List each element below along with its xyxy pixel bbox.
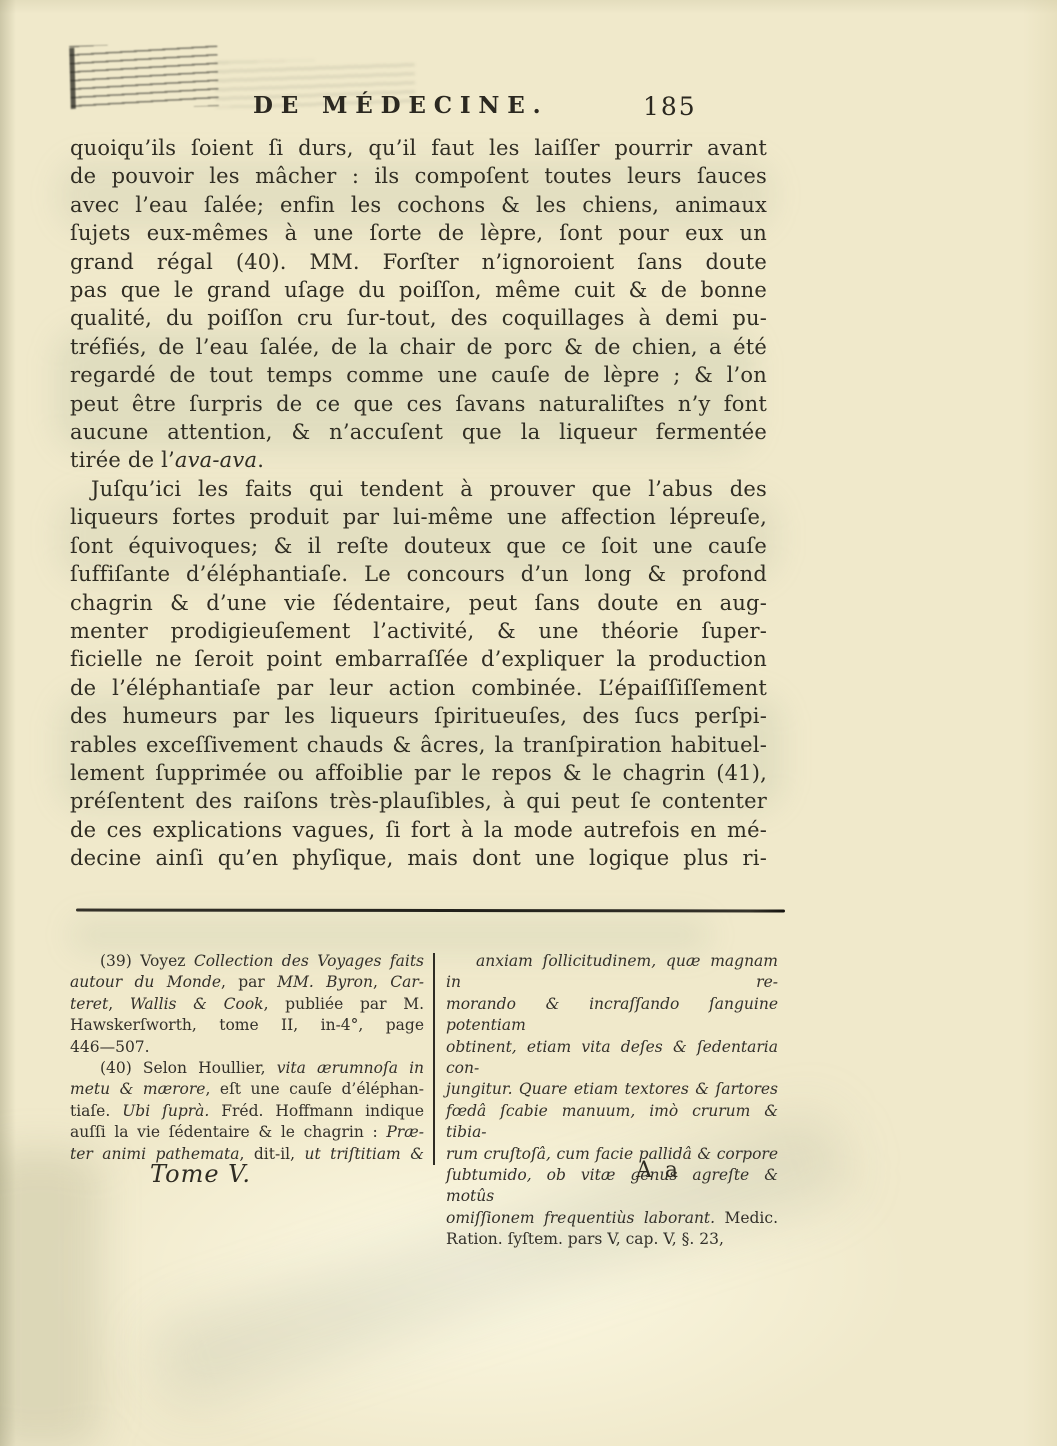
text-line: grand régal (40). MM. Forſter n’ignoroie…: [70, 248, 767, 276]
text-segment: ſujets eux-mêmes à une ſorte de lèpre, ſ…: [70, 221, 767, 245]
text-line: de pouvoir les mâcher : ils compoſent to…: [70, 162, 767, 190]
text-line: qualité, du poiſſon cru ſur-tout, des co…: [70, 304, 767, 332]
text-segment: Collection des Voyages faits: [194, 952, 424, 970]
text-segment: peut être ſurpris de ce que ces ſavans n…: [70, 392, 767, 416]
text-segment: ut triſtitiam &: [304, 1145, 424, 1163]
text-segment: pas que le grand uſage du poiſſon, même …: [70, 278, 767, 302]
text-line: Hawskerſworth, tome II, in-4°, page: [70, 1015, 424, 1036]
text-line: auſſi la vie ſédentaire & le chagrin : P…: [70, 1122, 424, 1143]
page-header: DE MÉDECINE. 185: [70, 92, 767, 128]
text-segment: Præ-: [386, 1123, 424, 1141]
text-line: (39) Voyez Collection des Voyages faits: [70, 951, 424, 972]
text-line: de ces explications vagues, ſi fort à la…: [70, 816, 767, 844]
text-line: autour du Monde, par MM. Byron, Car-: [70, 972, 424, 993]
text-segment: Ration. ſyſtem. pars V, cap. V, §. 23,: [446, 1230, 724, 1248]
text-line: ſont équivoques; & il reſte douteux que …: [70, 532, 767, 560]
text-segment: quoiqu’ils ſoient ſi durs, qu’il faut le…: [70, 136, 767, 160]
footnote-40: (40) Selon Houllier, vita ærumnoſa inmet…: [70, 1058, 424, 1165]
text-segment: (40) Selon Houllier,: [100, 1059, 277, 1077]
text-segment: Car-: [390, 973, 424, 991]
text-segment: tirée de l’: [70, 448, 175, 472]
text-line: tréfiés, de l’eau ſalée, de la chair de …: [70, 333, 767, 361]
text-segment: vita ærumnoſa in: [277, 1059, 424, 1077]
scanned-book-page: DE MÉDECINE. 185 quoiqu’ils ſoient ſi du…: [0, 0, 1057, 1446]
page-number: 185: [643, 92, 697, 121]
tome-label: Tome V.: [150, 1160, 251, 1188]
text-line: préſentent des raiſons très-plauſibles, …: [70, 787, 767, 815]
text-segment: anxiam ſollicitudinem, quæ magnam in re-: [446, 952, 778, 991]
text-segment: aucune attention, & n’accuſent que la li…: [70, 420, 767, 444]
text-segment: auſſi la vie ſédentaire & le chagrin :: [70, 1123, 386, 1141]
text-line: rum cruſtoſâ, cum facie pallidâ & corpor…: [446, 1144, 778, 1165]
text-segment: tréfiés, de l’eau ſalée, de la chair de …: [70, 335, 767, 359]
text-line: avec l’eau ſalée; enfin les cochons & le…: [70, 191, 767, 219]
text-segment: liqueurs fortes produit par lui-même une…: [70, 505, 767, 529]
text-segment: metu & mærore: [70, 1080, 205, 1098]
text-segment: de ces explications vagues, ſi fort à la…: [70, 818, 767, 842]
signature-mark: A a: [636, 1158, 681, 1183]
text-line: tiaſe. Ubi ſuprà. Fréd. Hoffmann indique: [70, 1101, 424, 1122]
text-line: Juſqu’ici les faits qui tendent à prouve…: [70, 475, 767, 503]
text-line: menter prodigieuſement l’activité, & une…: [70, 617, 767, 645]
text-segment: (39) Voyez: [100, 952, 194, 970]
text-segment: jungitur. Quare etiam textores & ſartore…: [446, 1080, 778, 1098]
text-segment: Wallis & Cook: [130, 995, 264, 1013]
text-segment: ava-ava: [175, 448, 257, 472]
paragraph: quoiqu’ils ſoient ſi durs, qu’il faut le…: [70, 134, 767, 475]
text-line: ſujets eux-mêmes à une ſorte de lèpre, ſ…: [70, 219, 767, 247]
footnotes-right-column: anxiam ſollicitudinem, quæ magnam in re-…: [446, 951, 778, 1251]
text-segment: lement ſupprimée ou affoiblie par le rep…: [70, 761, 767, 785]
text-line: lement ſupprimée ou affoiblie par le rep…: [70, 759, 767, 787]
text-segment: Hawskerſworth, tome II, in-4°, page: [70, 1016, 424, 1034]
text-segment: , publiée par M.: [264, 995, 424, 1013]
text-segment: qualité, du poiſſon cru ſur-tout, des co…: [70, 306, 767, 330]
text-line: Ration. ſyſtem. pars V, cap. V, §. 23,: [446, 1229, 778, 1250]
text-line: regardé de tout temps comme une cauſe de…: [70, 361, 767, 389]
text-segment: ſubtumido, ob vitæ genus agreſte & motûs: [446, 1166, 778, 1205]
text-segment: Medic.: [715, 1209, 778, 1227]
text-segment: avec l’eau ſalée; enfin les cochons & le…: [70, 193, 767, 217]
text-line: anxiam ſollicitudinem, quæ magnam in re-: [446, 951, 778, 994]
text-segment: des humeurs par les liqueurs ſpiritueuſe…: [70, 704, 767, 728]
text-segment: autour du Monde: [70, 973, 221, 991]
text-segment: obtinent, etiam vita deſes & ſedentaria …: [446, 1038, 778, 1077]
footnotes-section: (39) Voyez Collection des Voyages faitsa…: [70, 951, 778, 1251]
text-line: morando & incraſſando ſanguine potentiam: [446, 994, 778, 1037]
text-line: de l’éléphantiaſe par leur action combin…: [70, 674, 767, 702]
text-segment: regardé de tout temps comme une cauſe de…: [70, 363, 767, 387]
text-segment: ſuffiſante d’éléphantiaſe. Le concours d…: [70, 562, 767, 586]
text-segment: ,: [373, 973, 390, 991]
text-segment: ,: [108, 995, 130, 1013]
text-segment: de l’éléphantiaſe par leur action combin…: [70, 676, 767, 700]
text-segment: , par: [221, 973, 277, 991]
text-line: peut être ſurpris de ce que ces ſavans n…: [70, 390, 767, 418]
main-text-block: quoiqu’ils ſoient ſi durs, qu’il faut le…: [70, 134, 767, 873]
running-title: DE MÉDECINE.: [253, 92, 548, 119]
text-segment: rables exceſſivement chauds & âcres, la …: [70, 733, 767, 757]
text-segment: fœdâ ſcabie manuum, imò crurum & tibia-: [446, 1102, 778, 1141]
paragraph: Juſqu’ici les faits qui tendent à prouve…: [70, 475, 767, 873]
paper-shading-band: [70, 918, 710, 952]
text-line: jungitur. Quare etiam textores & ſartore…: [446, 1079, 778, 1100]
text-segment: teret: [70, 995, 108, 1013]
text-segment: Fréd. Hoffmann indique: [209, 1102, 424, 1120]
text-line: tirée de l’ava-ava.: [70, 446, 767, 474]
text-segment: rum cruſtoſâ, cum facie pallidâ & corpor…: [446, 1145, 778, 1163]
text-line: liqueurs fortes produit par lui-même une…: [70, 503, 767, 531]
footnote-latin-continuation: anxiam ſollicitudinem, quæ magnam in re-…: [446, 951, 778, 1251]
footnote-separator-rule: [76, 909, 785, 913]
text-segment: , eſt une cauſe d’éléphan-: [205, 1080, 424, 1098]
text-line: teret, Wallis & Cook, publiée par M.: [70, 994, 424, 1015]
text-line: 446—507.: [70, 1037, 424, 1058]
text-segment: préſentent des raiſons très-plauſibles, …: [70, 789, 767, 813]
footnote-column-divider: [433, 953, 435, 1165]
footnotes-left-column: (39) Voyez Collection des Voyages faitsa…: [70, 951, 424, 1251]
text-segment: ficielle ne ſeroit point embarraſſée d’e…: [70, 647, 767, 671]
text-line: (40) Selon Houllier, vita ærumnoſa in: [70, 1058, 424, 1079]
text-segment: tiaſe.: [70, 1102, 122, 1120]
text-segment: morando & incraſſando ſanguine potentiam: [446, 995, 778, 1034]
text-line: chagrin & d’une vie ſédentaire, peut ſan…: [70, 589, 767, 617]
text-line: metu & mærore, eſt une cauſe d’éléphan-: [70, 1079, 424, 1100]
text-line: ſubtumido, ob vitæ genus agreſte & motûs: [446, 1165, 778, 1208]
text-line: des humeurs par les liqueurs ſpiritueuſe…: [70, 702, 767, 730]
text-segment: omiſſionem frequentiùs laborant.: [446, 1209, 715, 1227]
text-segment: decine ainſi qu’en phyſique, mais dont u…: [70, 846, 767, 870]
text-segment: 446—507.: [70, 1038, 150, 1056]
footnote-39: (39) Voyez Collection des Voyages faitsa…: [70, 951, 424, 1058]
text-line: omiſſionem frequentiùs laborant. Medic.: [446, 1208, 778, 1229]
text-segment: Juſqu’ici les faits qui tendent à prouve…: [91, 477, 767, 501]
text-segment: MM. Byron: [277, 973, 373, 991]
text-segment: grand régal (40). MM. Forſter n’ignoroie…: [70, 250, 767, 274]
text-line: obtinent, etiam vita deſes & ſedentaria …: [446, 1037, 778, 1080]
text-line: pas que le grand uſage du poiſſon, même …: [70, 276, 767, 304]
text-segment: chagrin & d’une vie ſédentaire, peut ſan…: [70, 591, 767, 615]
text-line: aucune attention, & n’accuſent que la li…: [70, 418, 767, 446]
text-segment: de pouvoir les mâcher : ils compoſent to…: [70, 164, 767, 188]
text-segment: ſont équivoques; & il reſte douteux que …: [70, 534, 767, 558]
text-line: decine ainſi qu’en phyſique, mais dont u…: [70, 844, 767, 872]
text-line: ficielle ne ſeroit point embarraſſée d’e…: [70, 645, 767, 673]
text-segment: menter prodigieuſement l’activité, & une…: [70, 619, 767, 643]
text-line: quoiqu’ils ſoient ſi durs, qu’il faut le…: [70, 134, 767, 162]
text-segment: Ubi ſuprà.: [122, 1102, 209, 1120]
text-segment: .: [257, 448, 264, 472]
text-line: rables exceſſivement chauds & âcres, la …: [70, 731, 767, 759]
text-line: ſuffiſante d’éléphantiaſe. Le concours d…: [70, 560, 767, 588]
text-line: fœdâ ſcabie manuum, imò crurum & tibia-: [446, 1101, 778, 1144]
